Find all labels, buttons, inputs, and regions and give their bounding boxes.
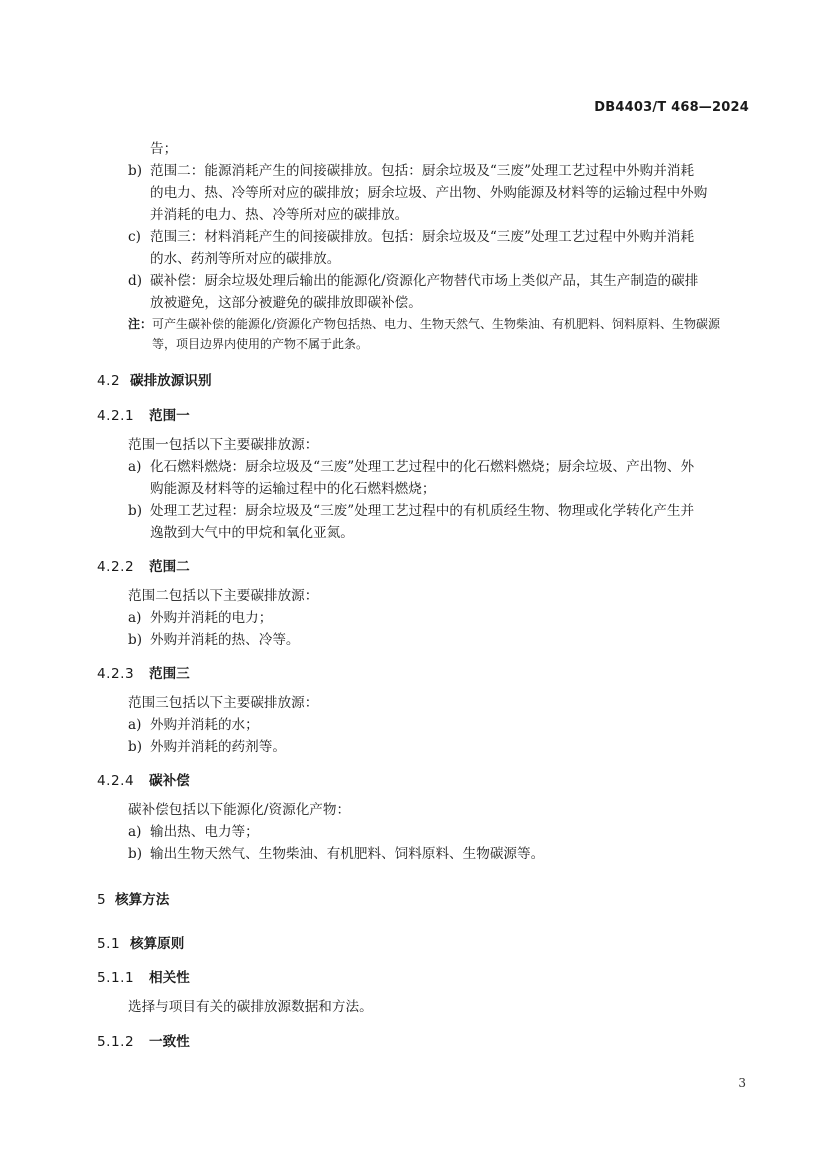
list-line: 外购并消耗的热、冷等。	[150, 629, 300, 651]
list-label: b)	[128, 629, 142, 651]
list-line: 外购并消耗的电力；	[150, 607, 272, 629]
heading-5-1-2: 5.1.2一致性	[97, 1030, 190, 1050]
note-label: 注：	[128, 314, 152, 334]
list-line: 购能源及材料等的运输过程中的化石燃料燃烧；	[150, 478, 435, 500]
list-line: 放被避免，这部分被避免的碳排放即碳补偿。	[150, 292, 422, 314]
list-label: d)	[128, 270, 142, 292]
list-line: 外购并消耗的水；	[150, 714, 259, 736]
heading-5-1: 5.1核算原则	[97, 932, 184, 952]
list-line: 碳补偿：厨余垃圾处理后输出的能源化/资源化产物替代市场上类似产品，其生产制造的碳…	[150, 270, 698, 292]
heading-title: 范围一	[149, 408, 190, 424]
heading-4-2-3: 4.2.3范围三	[97, 662, 190, 682]
heading-4-2-1: 4.2.1范围一	[97, 404, 190, 424]
heading-4-2-2: 4.2.2范围二	[97, 555, 190, 575]
intro-text: 范围一包括以下主要碳排放源：	[128, 434, 318, 456]
list-label: a)	[128, 456, 141, 478]
list-line: 输出热、电力等；	[150, 821, 259, 843]
page-number: 3	[738, 1076, 746, 1090]
heading-number: 4.2	[97, 373, 130, 389]
heading-title: 范围二	[149, 559, 190, 575]
list-label: a)	[128, 607, 141, 629]
list-line: 处理工艺过程：厨余垃圾及“三废”处理工艺过程中的有机质经生物、物理或化学转化产生…	[150, 500, 694, 522]
list-line: 外购并消耗的药剂等。	[150, 736, 286, 758]
list-line: 范围二：能源消耗产生的间接碳排放。包括：厨余垃圾及“三废”处理工艺过程中外购并消…	[150, 160, 694, 182]
list-label: a)	[128, 714, 141, 736]
list-line: 范围三：材料消耗产生的间接碳排放。包括：厨余垃圾及“三废”处理工艺过程中外购并消…	[150, 226, 694, 248]
intro-text: 范围二包括以下主要碳排放源：	[128, 585, 318, 607]
heading-5-1-1: 5.1.1相关性	[97, 966, 190, 986]
heading-title: 核算原则	[130, 936, 184, 952]
heading-4-2: 4.2碳排放源识别	[97, 369, 212, 389]
intro-text: 范围三包括以下主要碳排放源：	[128, 692, 318, 714]
heading-title: 范围三	[149, 666, 190, 682]
list-label: c)	[128, 226, 141, 248]
continuation-text: 告；	[150, 138, 177, 160]
list-label: b)	[128, 160, 142, 182]
heading-number: 4.2.4	[97, 773, 149, 789]
note-line: 可产生碳补偿的能源化/资源化产物包括热、电力、生物天然气、生物柴油、有机肥料、饲…	[152, 314, 720, 334]
heading-title: 碳排放源识别	[130, 373, 212, 389]
heading-number: 4.2.1	[97, 408, 149, 424]
list-line: 的水、药剂等所对应的碳排放。	[150, 248, 340, 270]
heading-title: 碳补偿	[149, 773, 190, 789]
note-line: 等，项目边界内使用的产物不属于此条。	[152, 334, 368, 354]
heading-title: 一致性	[149, 1034, 190, 1050]
list-label: b)	[128, 736, 142, 758]
list-line: 的电力、热、冷等所对应的碳排放；厨余垃圾、产出物、外购能源及材料等的运输过程中外…	[150, 182, 707, 204]
heading-5: 5核算方法	[97, 888, 169, 908]
list-line: 并消耗的电力、热、冷等所对应的碳排放。	[150, 204, 408, 226]
heading-4-2-4: 4.2.4碳补偿	[97, 769, 190, 789]
heading-number: 5.1.1	[97, 970, 149, 986]
heading-number: 5.1.2	[97, 1034, 149, 1050]
heading-number: 5	[97, 892, 115, 908]
heading-title: 相关性	[149, 970, 190, 986]
list-label: a)	[128, 821, 141, 843]
document-code: DB4403/T 468—2024	[594, 100, 749, 115]
list-line: 逸散到大气中的甲烷和氧化亚氮。	[150, 522, 354, 544]
list-label: b)	[128, 843, 142, 865]
heading-number: 5.1	[97, 936, 130, 952]
heading-number: 4.2.2	[97, 559, 149, 575]
paragraph-text: 选择与项目有关的碳排放源数据和方法。	[128, 996, 373, 1018]
list-line: 化石燃料燃烧：厨余垃圾及“三废”处理工艺过程中的化石燃料燃烧；厨余垃圾、产出物、…	[150, 456, 694, 478]
intro-text: 碳补偿包括以下能源化/资源化产物：	[128, 799, 350, 821]
heading-number: 4.2.3	[97, 666, 149, 682]
heading-title: 核算方法	[115, 892, 169, 908]
list-label: b)	[128, 500, 142, 522]
list-line: 输出生物天然气、生物柴油、有机肥料、饲料原料、生物碳源等。	[150, 843, 544, 865]
